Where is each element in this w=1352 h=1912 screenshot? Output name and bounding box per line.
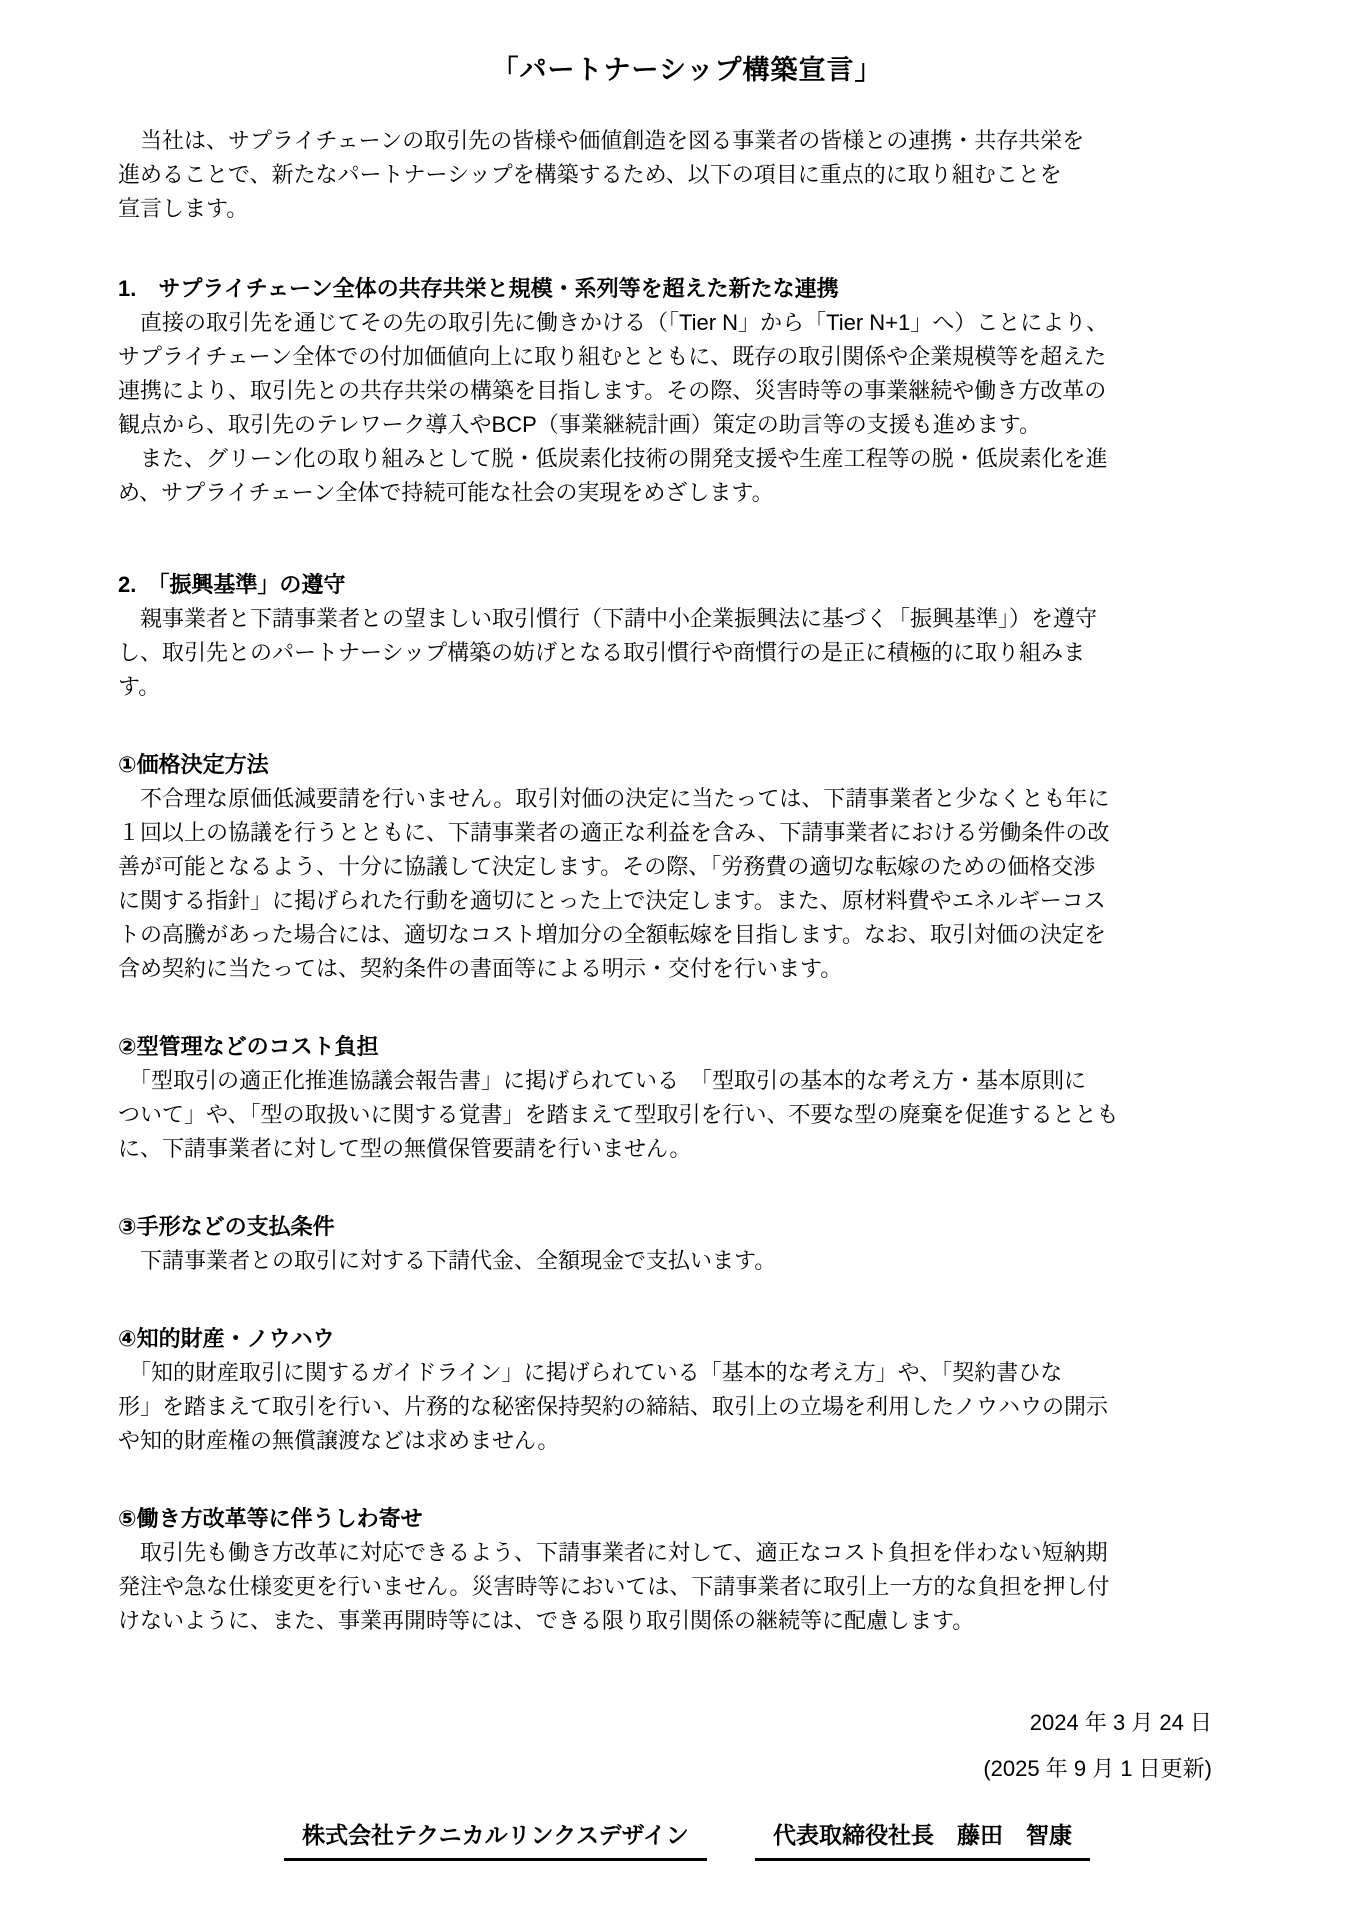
representative-name: 代表取締役社長 藤田 智康: [755, 1820, 1090, 1861]
company-name: 株式会社テクニカルリンクスデザイン: [284, 1820, 707, 1861]
date-block: 2024 年 3 月 24 日 (2025 年 9 月 1 日更新): [118, 1700, 1256, 1792]
section-2-heading: 2. 「振興基準」の遵守: [118, 568, 1256, 602]
intro-paragraph: 当社は、サプライチェーンの取引先の皆様や価値創造を図る事業者の皆様との連携・共存…: [118, 124, 1256, 226]
section-2-body: 親事業者と下請事業者との望ましい取引慣行（下請中小企業振興法に基づく「振興基準」…: [118, 602, 1256, 704]
subsection-2-mold-cost-body: 「型取引の適正化推進協議会報告書」に掲げられている 「型取引の基本的な考え方・基…: [118, 1064, 1256, 1166]
document-page: 「パートナーシップ構築宣言」 当社は、サプライチェーンの取引先の皆様や価値創造を…: [0, 0, 1352, 1912]
section-1-body: 直接の取引先を通じてその先の取引先に働きかける（「Tier N」から「Tier …: [118, 306, 1256, 510]
subsection-1-pricing-heading: ①価格決定方法: [118, 748, 1256, 782]
subsection-5-workstyle-heading: ⑤働き方改革等に伴うしわ寄せ: [118, 1502, 1256, 1536]
document-title: 「パートナーシップ構築宣言」: [118, 52, 1256, 88]
subsection-1-pricing-body: 不合理な原価低減要請を行いません。取引対価の決定に当たっては、下請事業者と少なく…: [118, 782, 1256, 986]
subsection-3-payment-terms-body: 下請事業者との取引に対する下請代金、全額現金で支払います。: [118, 1244, 1256, 1278]
update-date: (2025 年 9 月 1 日更新): [118, 1746, 1212, 1792]
subsection-4-ip-knowhow-heading: ④知的財産・ノウハウ: [118, 1322, 1256, 1356]
signature-row: 株式会社テクニカルリンクスデザイン 代表取締役社長 藤田 智康: [118, 1820, 1256, 1861]
declaration-date: 2024 年 3 月 24 日: [118, 1700, 1212, 1746]
subsection-3-payment-terms-heading: ③手形などの支払条件: [118, 1210, 1256, 1244]
section-1-heading: 1. サプライチェーン全体の共存共栄と規模・系列等を超えた新たな連携: [118, 272, 1256, 306]
subsection-4-ip-knowhow-body: 「知的財産取引に関するガイドライン」に掲げられている「基本的な考え方」や、「契約…: [118, 1356, 1256, 1458]
subsection-5-workstyle-body: 取引先も働き方改革に対応できるよう、下請事業者に対して、適正なコスト負担を伴わな…: [118, 1536, 1256, 1638]
subsection-2-mold-cost-heading: ②型管理などのコスト負担: [118, 1030, 1256, 1064]
